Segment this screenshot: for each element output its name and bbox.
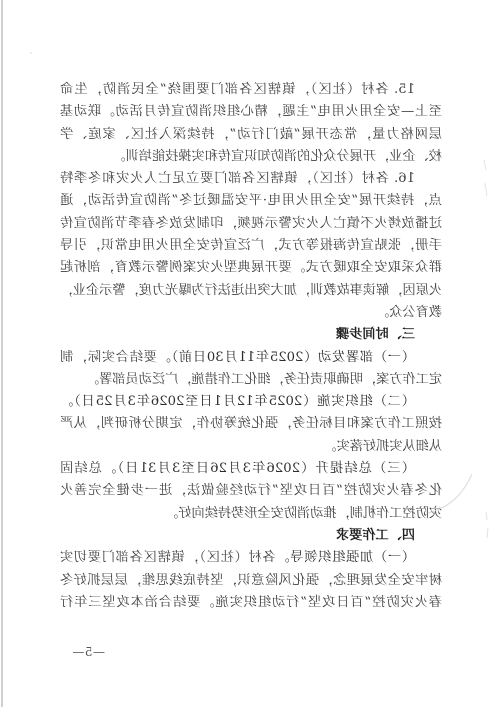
scan-edge-line: [1, 0, 3, 707]
body-line: 手册，张贴宣传海报等方式，广泛宣传安全用火用电常识，引导: [60, 235, 442, 257]
body-line: 层网格力量，常态开展“敲门行动”，持续深入社区、家庭、学: [60, 124, 442, 146]
body-line: 春火灾防控“百日攻坚”行动组织实施。要结合治本攻坚三年行: [60, 592, 442, 614]
subsection-line: （三）总结提升（2026年3月26日至3月31日）。总结固: [60, 458, 442, 480]
body-line: 15. 各村（社区），镇辖区各部门要围绕“全民消防，生命: [60, 79, 442, 101]
body-line: 树牢安全发展理念，强化风险意识，坚持底线思维，层层抓好冬: [60, 570, 442, 592]
subsection-line: （一）加强组织领导。各村（社区），镇辖区各部门要切实: [60, 547, 442, 569]
body-text: 总结固: [60, 461, 102, 476]
body-line: 至上—安全用火用电”主题，精心组织消防宣传月活动。联动基: [60, 101, 442, 123]
section-heading: 三、时间步骤: [60, 324, 442, 346]
body-line: 点，持续开展“安全用火用电·平安温暖过冬”消防宣传活动，通: [60, 190, 442, 212]
subsection-line: （二）组织实施（2025年12月1日至2026年3月25日）。: [60, 391, 442, 413]
subsection-title: （一）部署发动（2025年11月30日前）。: [157, 350, 415, 365]
body-line: 定工作方案，明确职责任务，细化工作措施，广泛动员部署。: [60, 369, 442, 391]
mirrored-sheet: 15. 各村（社区），镇辖区各部门要围绕“全民消防，生命 至上—安全用火用电”主…: [0, 0, 500, 707]
subsection-line: （一）部署发动（2025年11月30日前）。要结合实际，制: [60, 347, 442, 369]
subsection-title: （一）加强组织领导。: [276, 550, 415, 565]
document-body: 15. 各村（社区），镇辖区各部门要围绕“全民消防，生命 至上—安全用火用电”主…: [60, 79, 442, 614]
body-line: 火原因，解读事故教训，加大突出违法行为曝光力度，警示企业，: [60, 280, 442, 302]
subsection-title: （三）总结提升（2026年3月26日至3月31日）。: [102, 461, 415, 476]
body-line: 化冬春火灾防控“百日攻坚”行动经验做法，进一步健全完善火: [60, 480, 442, 502]
body-line: 过播放烤火不慎亡人火灾警示视频，印制发放冬春季节消防宣传: [60, 213, 442, 235]
body-line: 按照工作方案和目标任务，强化统筹协作，定期分析研判，从严: [60, 413, 442, 435]
body-line: 校、企业，开展分众化的消防知识宣传和实操技能培训。: [60, 146, 442, 168]
body-line: 群众采取安全取暖方式。要开展典型火灾案例警示教育，剖析起: [60, 257, 442, 279]
page-number: —5—: [72, 645, 105, 659]
body-line: 16. 各村（社区），镇辖区各部门要立足亡人火灾和冬季特: [60, 168, 442, 190]
section-heading: 四、工作要求: [60, 525, 442, 547]
body-text: 要结合实际，制: [60, 350, 157, 365]
body-line: 教育公众。: [60, 302, 442, 324]
subsection-title: （二）组织实施（2025年12月1日至2026年3月25日）。: [60, 394, 415, 409]
body-text: 各村（社区），镇辖区各部门要切实: [60, 550, 276, 565]
scanned-document-page: 15. 各村（社区），镇辖区各部门要围绕“全民消防，生命 至上—安全用火用电”主…: [0, 0, 500, 707]
body-line: 从细从实抓好落实。: [60, 436, 442, 458]
body-line: 灾防控工作机制，推动消防安全形势持续向好。: [60, 503, 442, 525]
